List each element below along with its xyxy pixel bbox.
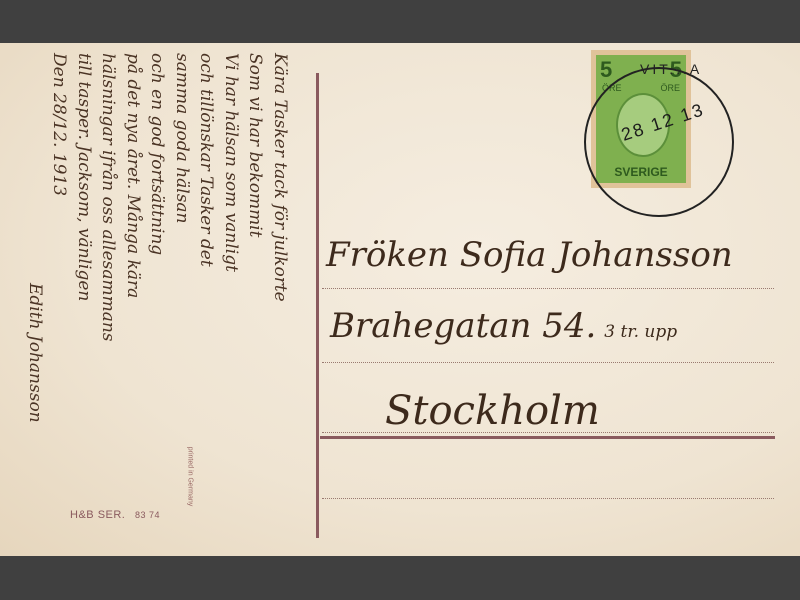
series-label: SER. bbox=[98, 509, 126, 521]
message-line: på det nya året. Många kära bbox=[121, 53, 146, 553]
street-address: Brahegatan 54. bbox=[330, 306, 596, 346]
message-line: hälsningar ifrån oss allesammans bbox=[96, 53, 121, 553]
address-line bbox=[322, 498, 774, 499]
address-line bbox=[322, 288, 774, 289]
series-code: 83 74 bbox=[135, 510, 160, 520]
address-line bbox=[322, 362, 774, 363]
message-line: Som vi har bekommit bbox=[243, 53, 268, 553]
postmark-town: VIT...A bbox=[640, 61, 702, 77]
stamp-value: 5 bbox=[600, 57, 612, 83]
address-rule bbox=[320, 436, 775, 439]
recipient-street: Brahegatan 54.3 tr. upp bbox=[330, 306, 677, 346]
recipient-city: Stockholm bbox=[385, 388, 600, 434]
recipient-name: Fröken Sofia Johansson bbox=[326, 235, 733, 275]
message-date: Den 28/12. 1913 bbox=[47, 53, 72, 553]
message-signature: Edith Johansson bbox=[23, 283, 48, 553]
floor-note: 3 tr. upp bbox=[604, 322, 677, 342]
postmark-circle bbox=[584, 67, 734, 217]
message-line: och tillönskar Tasker det bbox=[194, 53, 219, 553]
handwritten-message: Kära Tasker tack för julkorte Som vi har… bbox=[12, 53, 292, 553]
message-line: Kära Tasker tack för julkorte bbox=[268, 53, 293, 553]
message-line: och en god fortsättning bbox=[145, 53, 170, 553]
printed-credit: printed in Germany bbox=[186, 447, 193, 507]
center-divider bbox=[316, 73, 319, 538]
postcard: Kära Tasker tack för julkorte Som vi har… bbox=[0, 43, 800, 556]
message-line: Vi har hälsan som vanligt bbox=[219, 53, 244, 553]
publisher-mark: H&B bbox=[70, 509, 94, 521]
address-line bbox=[322, 432, 774, 433]
series-number: H&B SER. 83 74 bbox=[70, 509, 160, 521]
message-line: till tasper. Jacksom, vänligen bbox=[72, 53, 97, 553]
